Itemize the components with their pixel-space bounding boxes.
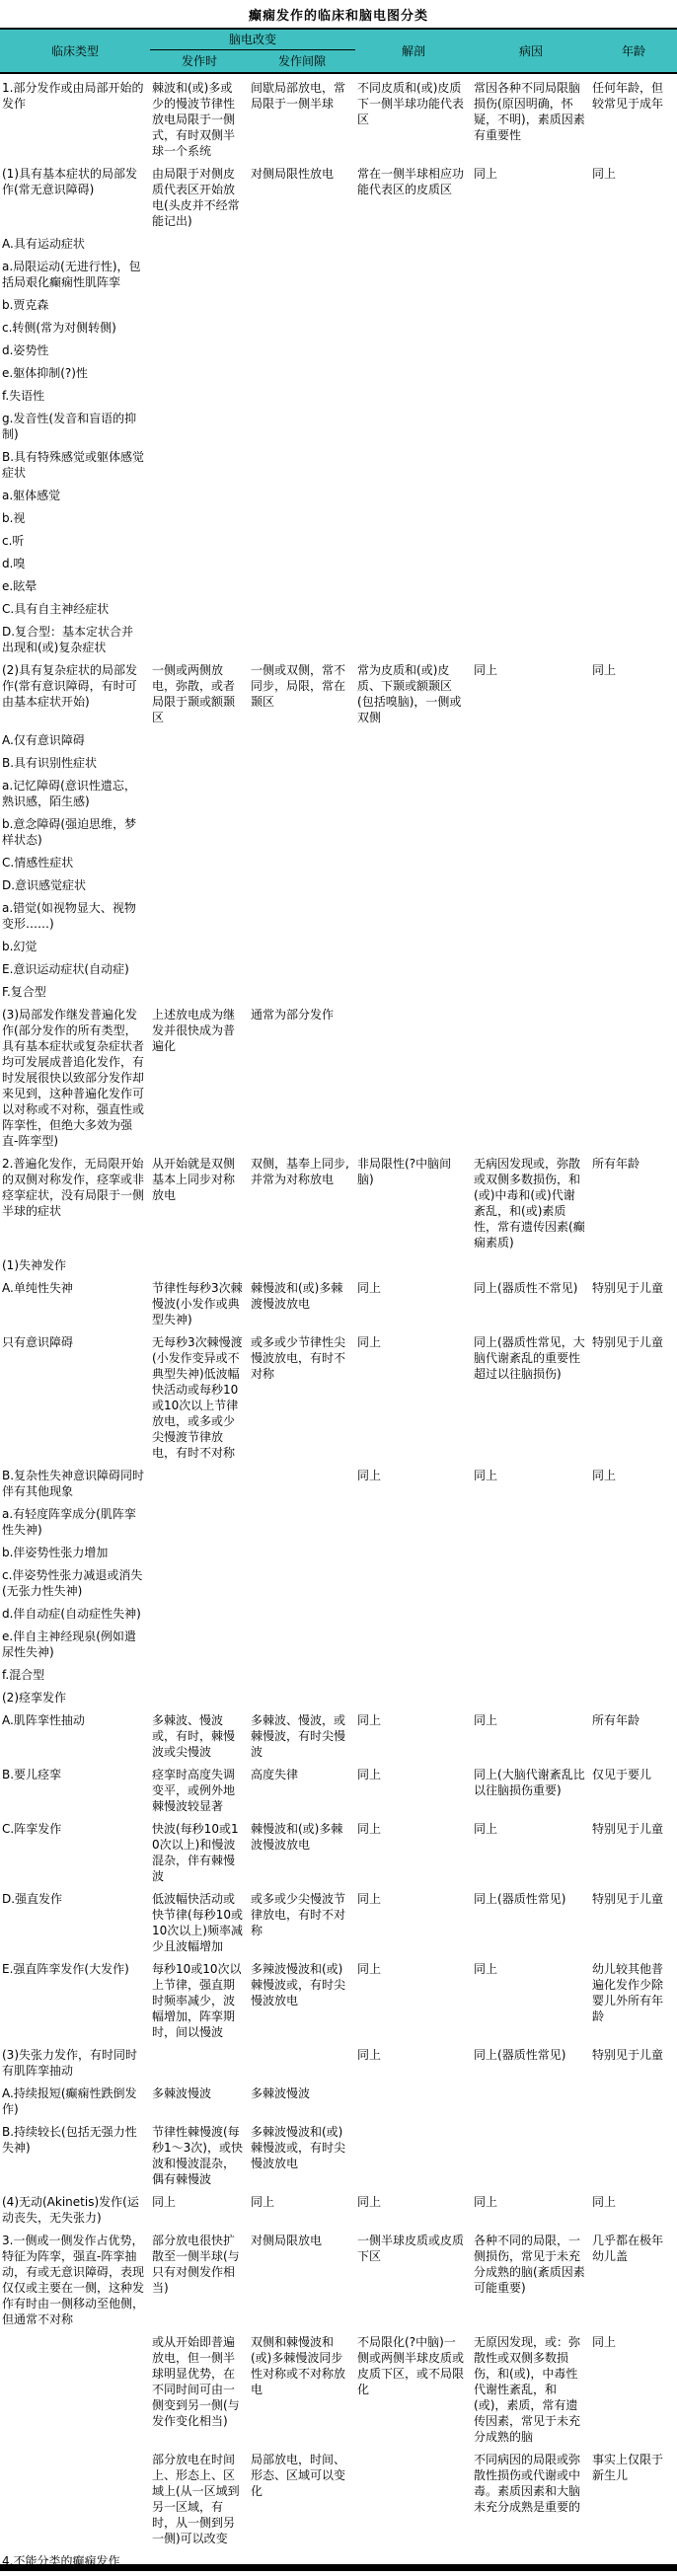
table-cell	[249, 755, 355, 778]
table-cell	[249, 1506, 355, 1545]
table-cell	[590, 533, 677, 556]
table-cell: c.听	[0, 533, 150, 556]
column-header-eeg-change: 脑电改变	[150, 29, 355, 50]
table-cell	[590, 556, 677, 578]
table-cell: 多棘波慢波和(或)棘慢波或，有时尖慢波放电	[249, 2124, 355, 2194]
table-cell	[150, 961, 249, 984]
table-cell: E.强直阵挛发作(大发作)	[0, 1961, 150, 2047]
table-cell	[150, 624, 249, 662]
table-cell: 同上	[355, 1767, 472, 1821]
table-cell	[249, 877, 355, 900]
table-cell	[590, 411, 677, 449]
table-row: D.意识感觉症状	[0, 877, 677, 900]
table-cell	[472, 2085, 590, 2124]
table-row: d.伴自动症(自动症性失神)	[0, 1606, 677, 1629]
table-cell	[472, 297, 590, 320]
table-cell: 从开始就是双侧基本上同步对称放电	[150, 1156, 249, 1257]
table-row: (3)局部发作继发普遍化发作(部分发作的所有类型，具有基本症状或复杂症状者均可发…	[0, 1007, 677, 1156]
table-cell: 同上	[590, 166, 677, 236]
table-cell	[150, 411, 249, 449]
table-cell: b.意念障碍(强迫思维，梦样状态)	[0, 816, 150, 855]
table-cell	[150, 449, 249, 488]
table-cell	[249, 1545, 355, 1567]
table-cell	[472, 1567, 590, 1606]
table-cell: 双侧和棘慢波和(或)多棘慢波同步性对称或不对称放电	[249, 2334, 355, 2452]
table-cell: 同上	[590, 1468, 677, 1506]
table-cell	[150, 939, 249, 961]
table-cell	[590, 297, 677, 320]
table-cell	[472, 533, 590, 556]
table-cell	[472, 900, 590, 939]
table-cell	[472, 755, 590, 778]
table-cell: 2.普遍化发作，无局限开始的双侧对称发作，痉挛或非痉挛症状，没有局限于一侧半球的…	[0, 1156, 150, 1257]
table-cell: 同上	[355, 2194, 472, 2233]
table-cell	[472, 411, 590, 449]
table-cell: (3)局部发作继发普遍化发作(部分发作的所有类型，具有基本症状或复杂症状者均可发…	[0, 1007, 150, 1156]
column-header-ictal: 发作时	[150, 50, 249, 74]
table-cell	[355, 388, 472, 411]
table-cell: 由局限于对侧皮质代表区开始放电(头皮并不经常能记出)	[150, 166, 249, 236]
table-cell: 不局限化(?中脑)一侧或两侧半球皮质或皮质下区，或不局限化	[355, 2334, 472, 2452]
table-cell	[150, 320, 249, 342]
table-cell	[355, 510, 472, 533]
bottom-rule	[0, 2564, 677, 2571]
table-cell	[249, 1629, 355, 1667]
table-cell	[150, 2047, 249, 2085]
table-cell: 上述放电成为继发并很快成为普遍化	[150, 1007, 249, 1156]
table-cell	[472, 342, 590, 365]
table-cell: 对侧局限放电	[249, 2233, 355, 2334]
table-cell: c.伴姿势性张力减退或消失(无张力性失神)	[0, 1567, 150, 1606]
table-cell: 同上(器质性常见)	[472, 2047, 590, 2085]
table-cell: 一侧或两侧放电，弥散，或者局限于颞或额颞区	[150, 662, 249, 732]
table-cell: 不同病因的局限或弥散性损伤或代谢或中毒。素质因素和大脑未充分成熟是重要的	[472, 2452, 590, 2553]
table-cell	[150, 510, 249, 533]
table-cell	[150, 778, 249, 816]
table-cell: 局部放电，时间、形态、区域可以变化	[249, 2452, 355, 2553]
table-row: (3)失张力发作，有时同时有肌阵挛抽动同上同上(器质性常见)特别见于儿童	[0, 2047, 677, 2085]
table-row: a.错觉(如视物显大、视物变形……)	[0, 900, 677, 939]
table-cell: 同上	[590, 2194, 677, 2233]
column-header-clinical-type: 临床类型	[0, 29, 150, 73]
table-cell: e.眩晕	[0, 578, 150, 601]
table-cell	[249, 411, 355, 449]
table-cell	[590, 855, 677, 877]
table-cell	[150, 1257, 249, 1280]
table-row: a.记忆障碍(意识性遗忘，熟识感，陌生感)	[0, 778, 677, 816]
table-cell	[249, 939, 355, 961]
table-cell	[150, 732, 249, 755]
table-cell	[249, 601, 355, 624]
table-cell	[355, 984, 472, 1007]
table-cell	[590, 961, 677, 984]
table-cell: 间歇局部放电，常局限于一侧半球	[249, 73, 355, 166]
table-row: d.嗅	[0, 556, 677, 578]
table-cell: 特别见于儿童	[590, 1821, 677, 1891]
table-cell	[150, 488, 249, 510]
table-cell	[590, 1007, 677, 1156]
table-cell: 特别见于儿童	[590, 1280, 677, 1334]
table-cell	[150, 1468, 249, 1506]
table-cell: 高度失律	[249, 1767, 355, 1821]
table-cell	[590, 939, 677, 961]
table-cell	[150, 578, 249, 601]
table-row: c.转侧(常为对侧转侧)	[0, 320, 677, 342]
table-cell: 或多或少节律性尖慢波放电，有时不对称	[249, 1334, 355, 1468]
table-cell: 双侧，基奉上同步,并常为对称放电	[249, 1156, 355, 1257]
column-header-interictal: 发作间隙	[249, 50, 355, 74]
table-cell: 同上	[249, 2194, 355, 2233]
table-cell	[150, 365, 249, 388]
table-cell: 对侧局限性放电	[249, 166, 355, 236]
table-cell: C.具有自主神经症状	[0, 601, 150, 624]
table-cell	[355, 1257, 472, 1280]
table-row: b.幻觉	[0, 939, 677, 961]
table-cell	[472, 1506, 590, 1545]
table-cell: 非局限性(?中脑间脑)	[355, 1156, 472, 1257]
table-cell: (4)无动(Akinetis)发作(运动丧失，无失张力)	[0, 2194, 150, 2233]
table-cell	[249, 1606, 355, 1629]
table-cell	[590, 510, 677, 533]
table-row: b.意念障碍(强迫思维，梦样状态)	[0, 816, 677, 855]
table-cell: 1.部分发作或由局部开始的发作	[0, 73, 150, 166]
table-cell	[472, 877, 590, 900]
table-cell: 仅见于要儿	[590, 1767, 677, 1821]
table-cell: 或从开始即普遍放电，但一侧半球明显优势，在不同时间可由一侧变到另一侧(与发作变化…	[150, 2334, 249, 2452]
table-cell: 事实上仅限于新生儿	[590, 2452, 677, 2553]
table-cell	[355, 755, 472, 778]
table-cell: 棘慢波和(或)多棘波慢波放电	[249, 1821, 355, 1891]
table-cell	[472, 601, 590, 624]
table-cell: D.复合型：基本定状合并出现和(或)复杂症状	[0, 624, 150, 662]
table-cell: 同上	[355, 1468, 472, 1506]
table-cell	[0, 2452, 150, 2553]
table-cell	[472, 855, 590, 877]
table-cell: 不同皮质和(或)皮质下一侧半球功能代表区	[355, 73, 472, 166]
table-cell	[590, 1606, 677, 1629]
table-cell: b.幻觉	[0, 939, 150, 961]
table-cell: 同上	[355, 2047, 472, 2085]
table-cell: 或多或少尖慢波节律放电，有时不对称	[249, 1891, 355, 1961]
table-cell	[249, 900, 355, 939]
table-cell: 痉挛时高度失调变平，或例外地棘慢波较显著	[150, 1767, 249, 1821]
table-cell	[249, 1567, 355, 1606]
table-cell	[472, 578, 590, 601]
table-cell	[355, 624, 472, 662]
table-cell: 任何年龄，但较常见于成年	[590, 73, 677, 166]
table-row: c.伴姿势性张力减退或消失(无张力性失神)	[0, 1567, 677, 1606]
table-cell	[150, 533, 249, 556]
table-cell	[590, 259, 677, 297]
table-cell	[472, 984, 590, 1007]
table-row: e.眩晕	[0, 578, 677, 601]
table-cell	[355, 816, 472, 855]
table-cell	[249, 510, 355, 533]
table-cell	[590, 449, 677, 488]
table-cell	[150, 259, 249, 297]
table-cell: 同上	[472, 1821, 590, 1891]
table-cell: 无每秒3次棘慢渡(小发作变异或不典型失神)低波幅快活动或每秒10或10次以上节律…	[150, 1334, 249, 1468]
table-row: A.持续报短(癫痫性跌倒发作)多棘波慢波多棘波慢波	[0, 2085, 677, 2124]
table-cell	[472, 624, 590, 662]
table-cell	[150, 297, 249, 320]
table-cell: 部分放电很快扩散至一侧半球(与只有对侧发作相当)	[150, 2233, 249, 2334]
table-cell	[249, 259, 355, 297]
table-cell	[249, 342, 355, 365]
table-cell	[355, 297, 472, 320]
table-cell	[355, 855, 472, 877]
table-cell	[0, 2334, 150, 2452]
table-cell	[355, 1690, 472, 1712]
table-cell	[150, 1667, 249, 1690]
table-row: a.躯体感觉	[0, 488, 677, 510]
table-cell: (1)失神发作	[0, 1257, 150, 1280]
table-cell: 所有年龄	[590, 1712, 677, 1767]
table-cell: c.转侧(常为对侧转侧)	[0, 320, 150, 342]
table-cell	[472, 1690, 590, 1712]
table-cell: 无原因发现，或：弥散性或双侧多数损伤，和(或)，中毒性代谢性紊乱，和(或)，素质…	[472, 2334, 590, 2452]
column-header-age: 年龄	[590, 29, 677, 73]
table-cell	[355, 1506, 472, 1545]
table-cell	[355, 1667, 472, 1690]
table-row: 或从开始即普遍放电，但一侧半球明显优势，在不同时间可由一侧变到另一侧(与发作变化…	[0, 2334, 677, 2452]
table-cell: 通常为部分发作	[249, 1007, 355, 1156]
table-cell	[355, 488, 472, 510]
table-row: B.持续较长(包括无强力性失神)节律性棘慢渡(每秒1～3次)，或快波和慢波混杂，…	[0, 2124, 677, 2194]
table-row: c.听	[0, 533, 677, 556]
table-cell: B.要儿痉挛	[0, 1767, 150, 1821]
table-cell	[355, 961, 472, 984]
table-cell	[249, 297, 355, 320]
table-row: C.阵挛发作快波(每秒10或10次以上)和慢波混杂，伴有棘慢波棘慢波和(或)多棘…	[0, 1821, 677, 1891]
table-cell	[472, 732, 590, 755]
table-cell: 同上(大脑代谢紊乱比以往脑损伤重要)	[472, 1767, 590, 1821]
table-row: (2)痉挛发作	[0, 1690, 677, 1712]
table-cell	[355, 320, 472, 342]
table-cell: d.伴自动症(自动症性失神)	[0, 1606, 150, 1629]
table-cell	[355, 411, 472, 449]
table-cell	[150, 900, 249, 939]
table-cell	[150, 1567, 249, 1606]
table-row: f.失语性	[0, 388, 677, 411]
table-cell	[249, 1667, 355, 1690]
table-cell	[590, 816, 677, 855]
table-cell: A.持续报短(癫痫性跌倒发作)	[0, 2085, 150, 2124]
table-cell: B.具有识别性症状	[0, 755, 150, 778]
table-cell: b.视	[0, 510, 150, 533]
table-cell: 常为皮质和(或)皮质、下颞或额颞区(包括嗅脑)，一侧或双侧	[355, 662, 472, 732]
table-cell	[590, 755, 677, 778]
table-row: C.具有自主神经症状	[0, 601, 677, 624]
table-row: A.具有运动症状	[0, 236, 677, 259]
table-cell	[590, 236, 677, 259]
classification-table: 临床类型 脑电改变 解剖 病因 年龄 发作时 发作间隙 1.部分发作或由局部开始…	[0, 28, 677, 2576]
table-cell	[590, 2085, 677, 2124]
table-cell: 同上	[355, 1712, 472, 1767]
table-cell	[590, 732, 677, 755]
table-row: D.强直发作低波幅快活动或快节律(每秒10或10次以上)频率减少且波幅增加或多或…	[0, 1891, 677, 1961]
table-row: D.复合型：基本定状合并出现和(或)复杂症状	[0, 624, 677, 662]
table-row: (4)无动(Akinetis)发作(运动丧失，无失张力)同上同上同上同上同上	[0, 2194, 677, 2233]
table-row: A.肌阵挛性抽动多棘波、慢波或，有时，棘慢波或尖慢波多棘波、慢波，或棘慢波，有时…	[0, 1712, 677, 1767]
table-cell	[590, 1667, 677, 1690]
table-row: b.贾克森	[0, 297, 677, 320]
table-cell: 一侧半球皮质或皮质下区	[355, 2233, 472, 2334]
table-cell	[590, 1690, 677, 1712]
table-cell: E.意识运动症状(自动症)	[0, 961, 150, 984]
table-cell	[472, 556, 590, 578]
table-row: e.躯体抑制(?)性	[0, 365, 677, 388]
table-cell: 多棘波慢波	[150, 2085, 249, 2124]
table-cell: (2)具有复杂症状的局部发作(常有意识障碍，有时可由基本症状开始)	[0, 662, 150, 732]
table-row: B.具有特殊感觉或躯体感觉症状	[0, 449, 677, 488]
table-cell	[150, 1629, 249, 1667]
table-row: F.复合型	[0, 984, 677, 1007]
table-cell: D.强直发作	[0, 1891, 150, 1961]
table-row: (1)失神发作	[0, 1257, 677, 1280]
table-cell: 棘波和(或)多或少的慢波节律性放电局限于一侧式，有时双侧半球一个系统	[150, 73, 249, 166]
table-row: E.意识运动症状(自动症)	[0, 961, 677, 984]
table-cell: e.躯体抑制(?)性	[0, 365, 150, 388]
table-cell	[249, 533, 355, 556]
table-cell: 节律性棘慢渡(每秒1～3次)，或快波和慢波混杂，偶有棘慢波	[150, 2124, 249, 2194]
table-cell: a.有轻度阵挛成分(肌阵挛性失神)	[0, 1506, 150, 1545]
table-cell: 多棘波、慢波，或棘慢波，有时尖慢波	[249, 1712, 355, 1767]
table-cell: 多辣波慢波和(或)棘慢波或，有时尖慢波放电	[249, 1961, 355, 2047]
table-cell	[590, 900, 677, 939]
table-cell	[590, 624, 677, 662]
table-cell	[355, 1629, 472, 1667]
table-cell: 各种不同的局限，一侧损伤，常见于未充分成熟的脑(紊质因素可能重要)	[472, 2233, 590, 2334]
table-cell	[472, 365, 590, 388]
table-cell	[472, 259, 590, 297]
table-cell	[249, 984, 355, 1007]
table-cell	[249, 556, 355, 578]
table-cell: C.情感性症状	[0, 855, 150, 877]
table-row: 2.普遍化发作，无局限开始的双侧对称发作，痉挛或非痉挛症状，没有局限于一侧半球的…	[0, 1156, 677, 1257]
table-cell	[249, 732, 355, 755]
table-cell: B.持续较长(包括无强力性失神)	[0, 2124, 150, 2194]
table-cell	[355, 732, 472, 755]
table-cell	[249, 2047, 355, 2085]
table-cell	[249, 488, 355, 510]
table-cell: 同上	[472, 1468, 590, 1506]
table-cell	[150, 556, 249, 578]
table-cell: a.记忆障碍(意识性遗忘，熟识感，陌生感)	[0, 778, 150, 816]
table-row: A.仅有意识障碍	[0, 732, 677, 755]
table-cell	[590, 578, 677, 601]
table-cell	[590, 342, 677, 365]
table-cell: D.意识感觉症状	[0, 877, 150, 900]
table-cell	[355, 365, 472, 388]
table-row: 1.部分发作或由局部开始的发作棘波和(或)多或少的慢波节律性放电局限于一侧式，有…	[0, 73, 677, 166]
table-cell	[355, 1007, 472, 1156]
column-header-etiology: 病因	[472, 29, 590, 73]
table-cell	[249, 624, 355, 662]
table-cell	[472, 510, 590, 533]
table-cell: 无病因发现或，弥散或双侧多数损伤，和(或)中毒和(或)代谢紊乱，和(或)素质性，…	[472, 1156, 590, 1257]
table-cell	[472, 778, 590, 816]
table-row: E.强直阵挛发作(大发作)每秒10或10次以上节律，强直期时频率减少，波幅增加，…	[0, 1961, 677, 2047]
table-cell	[355, 1606, 472, 1629]
table-cell	[355, 342, 472, 365]
table-cell: 常因各种不同局限脑损伤(原因明确，怀疑，不明)，素质因素有重要性	[472, 73, 590, 166]
table-cell	[472, 488, 590, 510]
table-cell: 3.一侧或一侧发作占优势，特征为阵挛，强直-阵挛抽动，有或无意识障碍，表现仅仅或…	[0, 2233, 150, 2334]
table-cell	[249, 320, 355, 342]
table-cell	[472, 320, 590, 342]
table-row: B.具有识别性症状	[0, 755, 677, 778]
table-row: 部分放电在时间上、形态上、区域上(从一区域到另一区域，有时，从一侧到另一侧)可以…	[0, 2452, 677, 2553]
table-cell: 同上	[355, 1961, 472, 2047]
table-cell	[249, 365, 355, 388]
table-cell: b.伴姿势性张力增加	[0, 1545, 150, 1567]
table-row: f.混合型	[0, 1667, 677, 1690]
table-cell	[355, 900, 472, 939]
table-row: b.视	[0, 510, 677, 533]
table-cell: C.阵挛发作	[0, 1821, 150, 1891]
table-row: A.单纯性失神节律性每秒3次棘慢波(小发作或典型失神)棘慢波和(或)多棘渡慢波放…	[0, 1280, 677, 1334]
table-cell: f.混合型	[0, 1667, 150, 1690]
table-cell	[590, 1567, 677, 1606]
table-cell: d.嗅	[0, 556, 150, 578]
table-cell: b.贾克森	[0, 297, 150, 320]
table-cell	[150, 601, 249, 624]
table-body: 1.部分发作或由局部开始的发作棘波和(或)多或少的慢波节律性放电局限于一侧式，有…	[0, 73, 677, 2576]
table-cell: A.仅有意识障碍	[0, 732, 150, 755]
table-cell	[249, 578, 355, 601]
table-cell	[249, 388, 355, 411]
table-cell	[590, 601, 677, 624]
table-row: 3.一侧或一侧发作占优势，特征为阵挛，强直-阵挛抽动，有或无意识障碍，表现仅仅或…	[0, 2233, 677, 2334]
table-row: e.伴自主神经现泉(例如遣尿性失神)	[0, 1629, 677, 1667]
table-cell: 同上(器质性常见，大脑代谢紊乱的重要性超过以往脑损伤)	[472, 1334, 590, 1468]
table-cell	[249, 1257, 355, 1280]
table-cell: 同上	[355, 1821, 472, 1891]
table-cell: A.单纯性失神	[0, 1280, 150, 1334]
table-cell	[355, 939, 472, 961]
table-cell: a.错觉(如视物显大、视物变形……)	[0, 900, 150, 939]
table-cell: 棘慢波和(或)多棘渡慢波放电	[249, 1280, 355, 1334]
table-cell	[150, 984, 249, 1007]
table-cell	[150, 236, 249, 259]
table-cell	[355, 2124, 472, 2194]
column-header-anatomy: 解剖	[355, 29, 472, 73]
table-cell: A.肌阵挛性抽动	[0, 1712, 150, 1767]
table-cell	[355, 2452, 472, 2553]
table-row: b.伴姿势性张力增加	[0, 1545, 677, 1567]
table-row: B.复杂性失神意识障碍同时伴有其他现象同上同上同上	[0, 1468, 677, 1506]
table-cell: 一侧或双侧，常不同步，局限，常在颞区	[249, 662, 355, 732]
table-cell	[249, 1468, 355, 1506]
table-cell: 特别见于儿童	[590, 1891, 677, 1961]
table-cell: 快波(每秒10或10次以上)和慢波混杂，伴有棘慢波	[150, 1821, 249, 1891]
page-title: 癫痫发作的临床和脑电图分类	[0, 0, 677, 28]
table-cell: 每秒10或10次以上节律，强直期时频率减少，波幅增加，阵挛期时，间以慢波	[150, 1961, 249, 2047]
table-row: d.姿势性	[0, 342, 677, 365]
table-cell	[249, 1690, 355, 1712]
table-row: B.要儿痉挛痉挛时高度失调变平，或例外地棘慢波较显著高度失律同上同上(大脑代谢紊…	[0, 1767, 677, 1821]
table-cell	[472, 1257, 590, 1280]
table-cell	[472, 236, 590, 259]
table-cell	[355, 259, 472, 297]
table-cell	[355, 601, 472, 624]
table-cell: A.具有运动症状	[0, 236, 150, 259]
table-cell: F.复合型	[0, 984, 150, 1007]
table-cell	[590, 1629, 677, 1667]
table-cell	[472, 1606, 590, 1629]
table-cell: g.发音性(发音和盲语的抑制)	[0, 411, 150, 449]
